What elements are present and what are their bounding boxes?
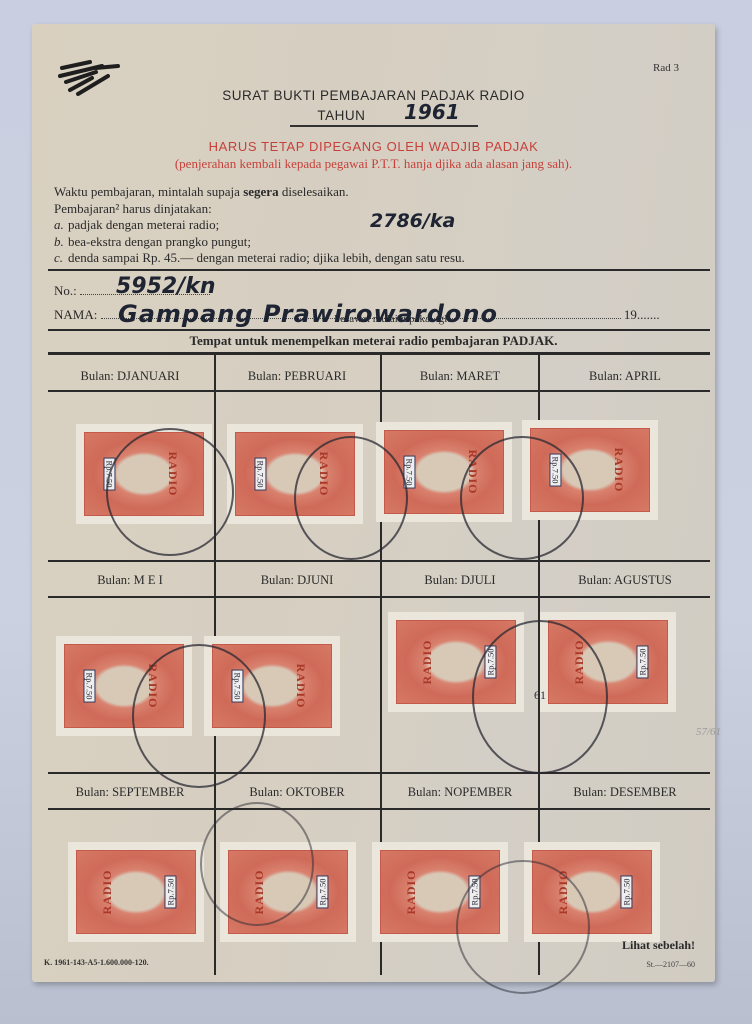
document-title: SURAT BUKTI PEMBAJARAN PADJAK RADIO bbox=[32, 88, 715, 103]
postmark bbox=[460, 436, 584, 560]
month-djuli: Bulan: DJULI bbox=[382, 562, 538, 598]
notice-heading: HARUS TETAP DIPEGANG OLEH WADJIB PADJAK bbox=[32, 139, 715, 154]
print-code: K. 1961-143-A5-1.600.000-120. bbox=[44, 958, 149, 967]
year-underline bbox=[290, 125, 478, 127]
form-number: St.—2107—60 bbox=[646, 960, 695, 969]
month-pebruari: Bulan: PEBRUARI bbox=[214, 358, 380, 394]
month-row-1: Bulan: DJANUARI Bulan: PEBRUARI Bulan: M… bbox=[48, 358, 710, 394]
postmark: 61 bbox=[472, 620, 608, 774]
name-value: Gampang Prawirowardono bbox=[118, 300, 498, 328]
divider bbox=[48, 329, 710, 331]
postmark bbox=[294, 436, 408, 560]
handwritten-amount: 2786/ka bbox=[370, 210, 455, 232]
month-desember: Bulan: DESEMBER bbox=[540, 774, 710, 810]
tax-receipt-document: Rad 3 SURAT BUKTI PEMBAJARAN PADJAK RADI… bbox=[32, 24, 715, 982]
instruction-item-c: c.denda sampai Rp. 45.— dengan meterai r… bbox=[54, 250, 465, 267]
handwritten-year: 1961 bbox=[404, 100, 460, 124]
margin-note: 57/61 bbox=[696, 726, 721, 738]
month-januari: Bulan: DJANUARI bbox=[48, 358, 212, 394]
month-april: Bulan: APRIL bbox=[540, 358, 710, 394]
number-value: 5952/kn bbox=[116, 274, 216, 299]
month-djuni: Bulan: DJUNI bbox=[214, 562, 380, 598]
month-agustus: Bulan: AGUSTUS bbox=[540, 562, 710, 598]
postmark bbox=[132, 644, 266, 788]
divider bbox=[48, 808, 710, 810]
month-row-2: Bulan: M E I Bulan: DJUNI Bulan: DJULI B… bbox=[48, 562, 710, 598]
radio-stamp: RADIORp.7.50 bbox=[68, 842, 204, 942]
month-mei: Bulan: M E I bbox=[48, 562, 212, 598]
month-nopember: Bulan: NOPEMBER bbox=[382, 774, 538, 810]
year-label: TAHUN bbox=[32, 108, 715, 123]
divider bbox=[48, 390, 710, 392]
notice-subtext: (penjerahan kembali kepada pegawai P.T.T… bbox=[32, 156, 715, 172]
month-maret: Bulan: MARET bbox=[382, 358, 538, 394]
form-code: Rad 3 bbox=[653, 62, 679, 74]
postmark bbox=[106, 428, 234, 556]
postmark bbox=[456, 860, 590, 994]
stamp-area-title: Tempat untuk menempelkan meterai radio p… bbox=[32, 333, 715, 349]
instruction-line-1: Waktu pembajaran, mintalah supaja segera… bbox=[54, 184, 465, 201]
divider bbox=[48, 269, 710, 271]
divider bbox=[48, 596, 710, 598]
divider-thick bbox=[48, 352, 710, 355]
instruction-item-b: b.bea-ekstra dengan prangko pungut; bbox=[54, 234, 465, 251]
see-reverse-note: Lihat sebelah! bbox=[622, 938, 695, 953]
postmark bbox=[200, 802, 314, 926]
month-row-3: Bulan: SEPTEMBER Bulan: OKTOBER Bulan: N… bbox=[48, 774, 710, 810]
